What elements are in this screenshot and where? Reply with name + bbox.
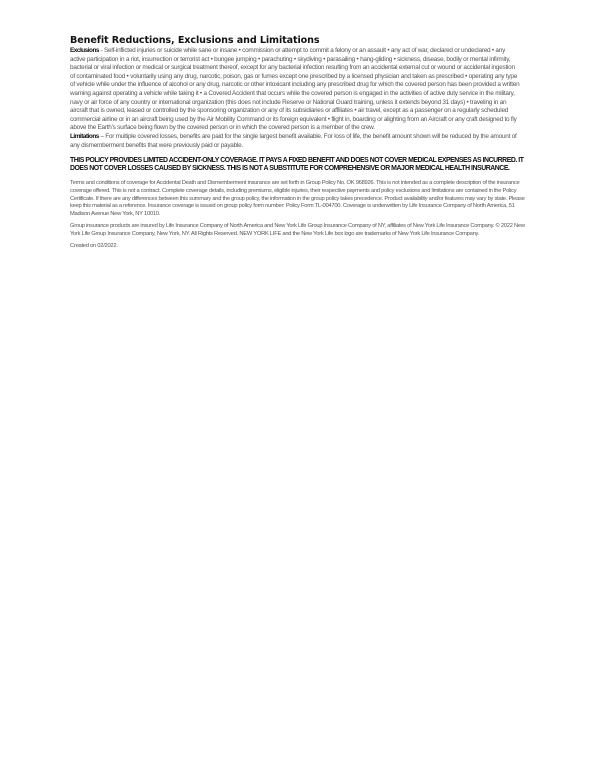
limitations-label: Limitations <box>70 133 99 140</box>
exclusions-text: Self-inflicted injuries or suicide while… <box>70 47 519 131</box>
section-title: Benefit Reductions, Exclusions and Limit… <box>70 35 530 46</box>
limitations-text: For multiple covered losses, benefits ar… <box>70 133 517 149</box>
group-insurance-paragraph: Group insurance products are insured by … <box>70 223 530 239</box>
coverage-warning: THIS POLICY PROVIDES LIMITED ACCIDENT-ON… <box>70 157 530 174</box>
exclusions-paragraph: Exclusions - Self-inflicted injuries or … <box>70 47 521 133</box>
exclusions-label: Exclusions <box>70 47 99 54</box>
created-date: Created on 02/2022. <box>70 243 530 251</box>
limitations-paragraph: Limitations – For multiple covered losse… <box>70 133 521 150</box>
terms-paragraph: Terms and conditions of coverage for Acc… <box>70 180 530 220</box>
document-page: Benefit Reductions, Exclusions and Limit… <box>70 35 530 255</box>
